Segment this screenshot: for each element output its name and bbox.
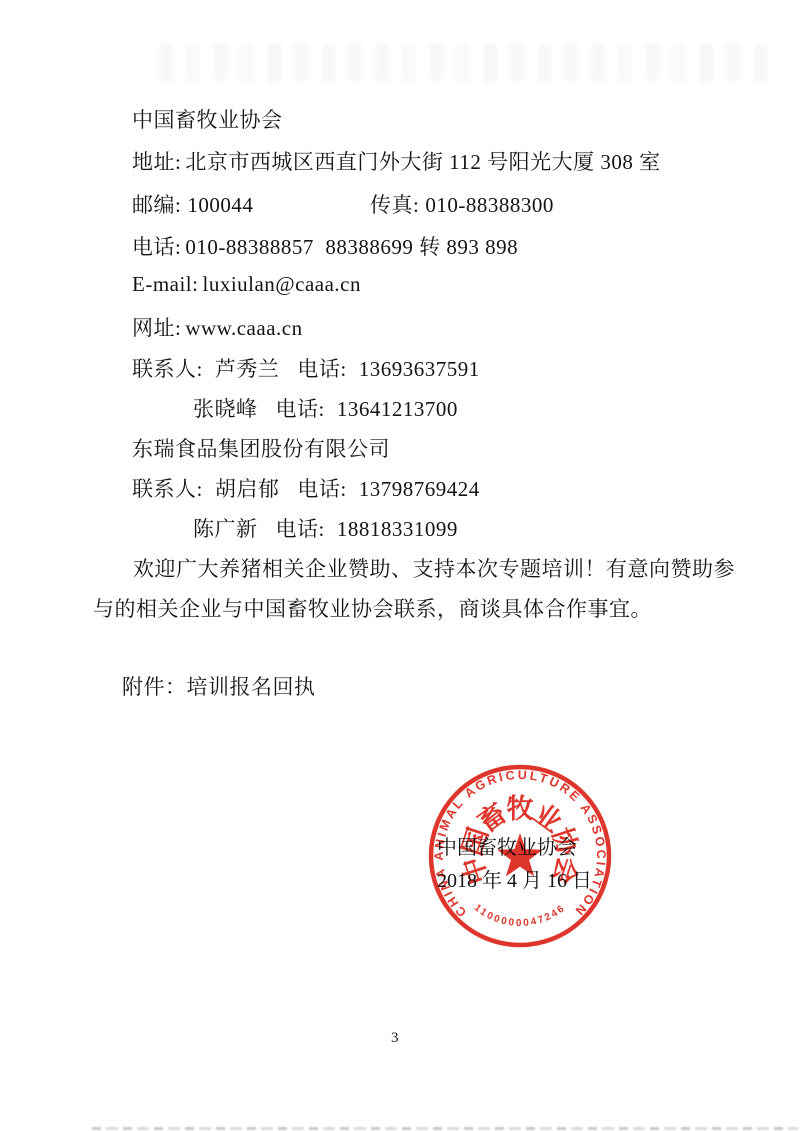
contact-phone-value: 13641213700 [337,397,458,421]
scan-edge-artifact [92,1127,798,1130]
document-page: 中国畜牧业协会 地址:北京市西城区西直门外大街 112 号阳光大厦 308 室 … [0,0,800,1131]
address-line: 地址:北京市西城区西直门外大街 112 号阳光大厦 308 室 [132,146,661,176]
seal-inner-char: 中 [457,853,494,888]
contact-phone-value: 13798769424 [359,477,480,501]
contact-row: 陈广新电话:18818331099 [193,513,458,543]
website-value: www.caaa.cn [185,316,302,340]
fax-label: 传真: [370,193,419,217]
fax-item: 传真:010-88388300 [370,189,554,219]
contact-row: 联系人:芦秀兰电话:13693637591 [132,353,480,383]
website-line: 网址:www.caaa.cn [132,312,303,342]
postcode-value: 100044 [187,193,253,217]
address-value: 北京市西城区西直门外大街 112 号阳光大厦 308 室 [185,150,660,174]
contact-phone-label: 电话: [276,397,325,421]
phone-label: 电话: [132,235,181,259]
contact-name: 胡启郁 [215,477,280,501]
email-line: E-mail:luxiulan@caaa.cn [132,272,361,297]
email-label: E-mail: [132,272,198,296]
contact-row: 张晓峰电话:13641213700 [193,393,458,423]
fax-value: 010-88388300 [425,193,554,217]
contact-label: 联系人: [132,357,203,381]
attachment-line: 附件：培训报名回执 [122,671,316,701]
contact-name: 陈广新 [193,517,258,541]
postcode-item: 邮编:100044 [132,189,253,219]
paragraph-line-1: 欢迎广大养猪相关企业赞助、支持本次专题培训！有意向赞助参 [133,553,735,583]
contact-phone-label: 电话: [276,517,325,541]
contact-label: 联系人: [132,477,203,501]
phone-value: 010-88388857 88388699 转 893 898 [185,235,518,259]
website-label: 网址: [132,316,181,340]
email-value: luxiulan@caaa.cn [202,272,361,296]
contact-name: 张晓峰 [193,397,258,421]
scan-bleed-artifact [160,44,772,82]
contact-name: 芦秀兰 [215,357,280,381]
paragraph-line-2: 与的相关企业与中国畜牧业协会联系，商谈具体合作事宜。 [93,593,652,623]
contact-phone-label: 电话: [297,477,346,501]
phone-line: 电话:010-88388857 88388699 转 893 898 [132,231,518,261]
official-seal: CHINA ANIMAL AGRICULTURE ASSOCIATION 110… [415,751,625,961]
postcode-label: 邮编: [132,193,181,217]
address-label: 地址: [132,150,181,174]
contact-phone-label: 电话: [297,357,346,381]
company-name: 东瑞食品集团股份有限公司 [132,433,390,463]
seal-star [497,833,543,876]
page-number: 3 [391,1030,399,1047]
contact-row: 联系人:胡启郁电话:13798769424 [132,473,480,503]
contact-phone-value: 18818331099 [337,517,458,541]
contact-phone-value: 13693637591 [359,357,480,381]
org-name: 中国畜牧业协会 [132,104,283,134]
seal-inner-char: 会 [546,853,583,888]
seal-serial: 1100000047246 [472,902,568,929]
